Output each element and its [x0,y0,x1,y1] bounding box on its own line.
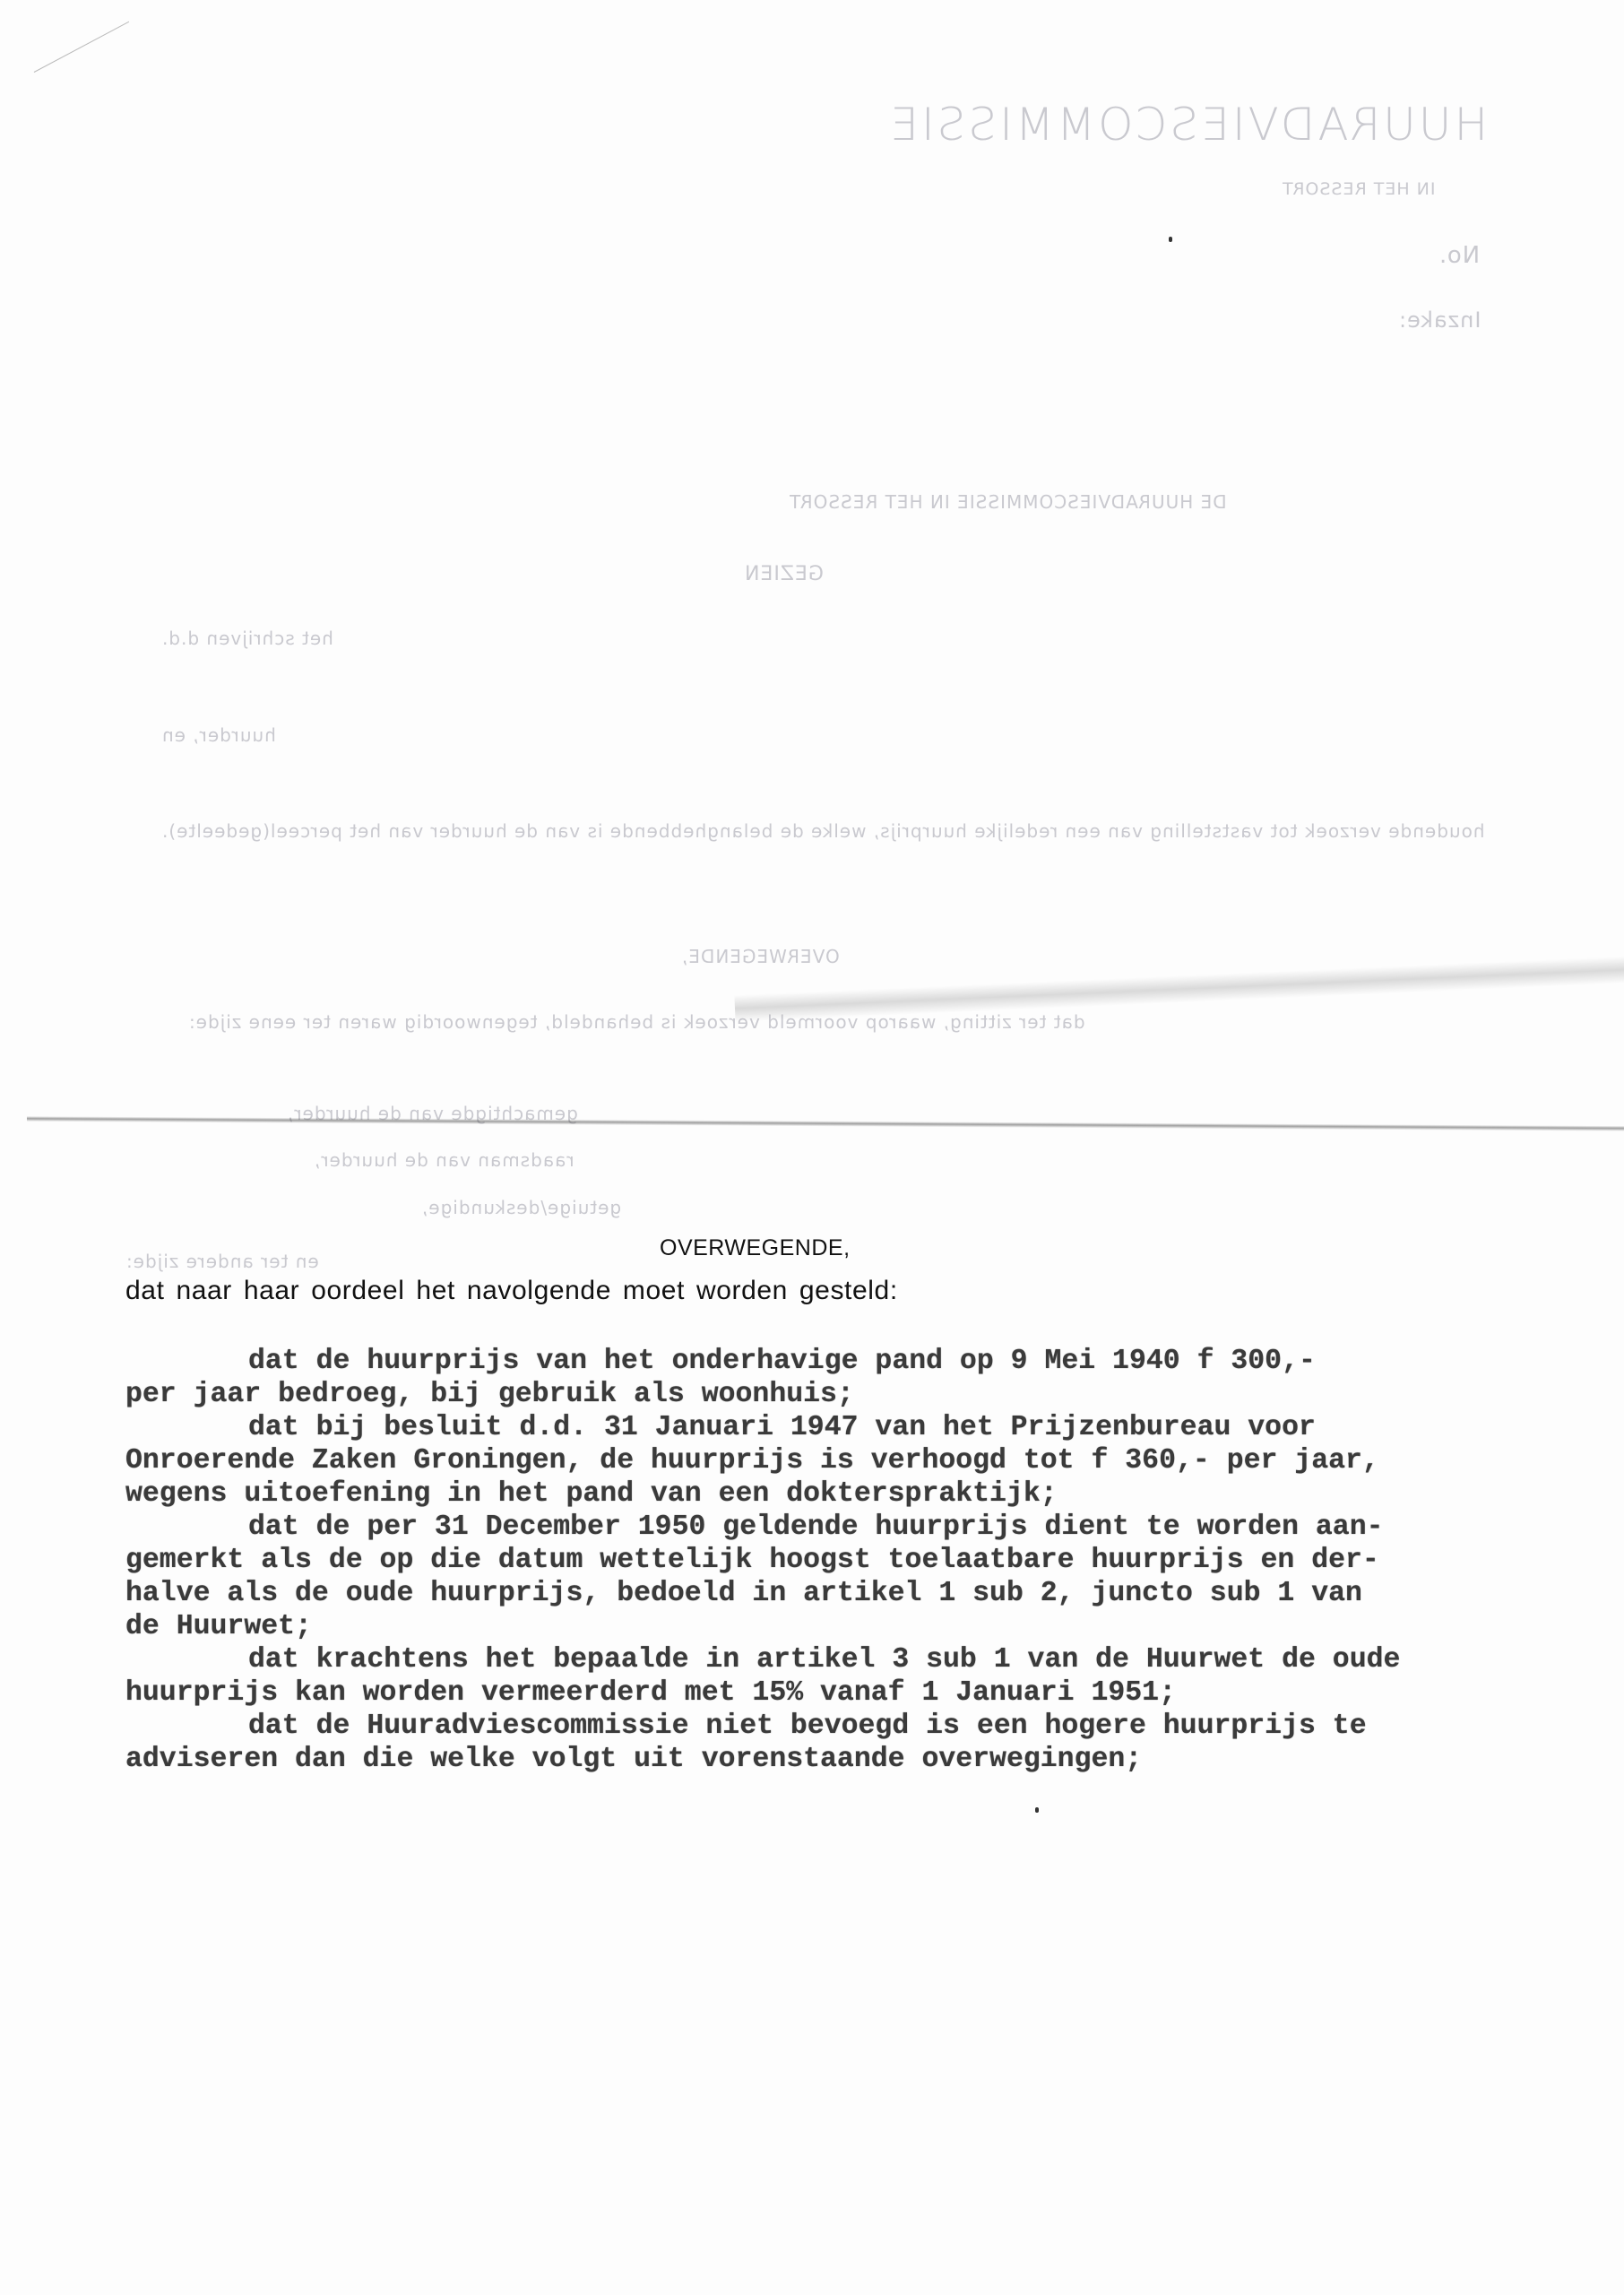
section-subheading: dat naar haar oordeel het navolgende moe… [125,1276,898,1306]
typed-line: dat krachtens het bepaalde in artikel 3 … [125,1643,1559,1676]
paper-fold-line [27,1116,1624,1131]
show-through-gezien: GEZIEN [744,563,824,585]
typed-line: gemerkt als de op die datum wettelijk ho… [125,1544,1559,1577]
typed-line: dat de huurprijs van het onderhavige pan… [125,1345,1559,1378]
show-through-title: HUURADVIESCOMMISSIE [959,99,1488,151]
typed-line: Onroerende Zaken Groningen, de huurprijs… [125,1444,1559,1477]
section-heading: OVERWEGENDE, [660,1235,851,1261]
typed-line: dat de per 31 December 1950 geldende huu… [125,1511,1559,1544]
show-through-row: raadsman van de huurder, [314,1149,574,1171]
show-through-row: huurder, en [161,724,276,746]
show-through-commissie-line: DE HUURADVIESCOMMISSIE IN HET RESSORT [789,491,1227,513]
show-through-ressort: IN HET RESSORT [1282,179,1436,199]
typed-line: de Huurwet; [125,1610,1559,1643]
show-through-subject-label: Inzake: [1398,307,1481,333]
document-page: HUURADVIESCOMMISSIE IN HET RESSORT No. I… [0,0,1624,2295]
typed-line: huurprijs kan worden vermeerderd met 15%… [125,1676,1559,1710]
show-through-row: en ter andere zijde: [125,1251,319,1272]
typed-line: dat bij besluit d.d. 31 Januari 1947 van… [125,1411,1559,1444]
typed-line: adviseren dan die welke volgt uit vorens… [125,1743,1559,1776]
corner-crease [34,22,129,73]
show-through-row: houdende verzoek tot vaststelling van ee… [161,820,1485,842]
show-through-row: OVERWEGENDE, [681,946,840,967]
typed-line: per jaar bedroeg, bij gebruik als woonhu… [125,1378,1559,1411]
ink-speck [1169,237,1172,242]
typed-line: halve als de oude huurprijs, bedoeld in … [125,1577,1559,1610]
show-through-row: getuige/deskundige, [421,1197,621,1218]
show-through-row: dat ter zitting, waarop voormeld verzoek… [188,1011,1085,1033]
typewritten-body: dat de huurprijs van het onderhavige pan… [125,1345,1559,1776]
paper-fold-shadow [734,956,1624,1022]
typed-line: wegens uitoefening in het pand van een d… [125,1477,1559,1511]
show-through-number-label: No. [1438,242,1480,269]
ink-speck [1035,1807,1039,1813]
typed-line: dat de Huuradviescommissie niet bevoegd … [125,1710,1559,1743]
show-through-row: het schrijven d.d. [161,628,333,649]
